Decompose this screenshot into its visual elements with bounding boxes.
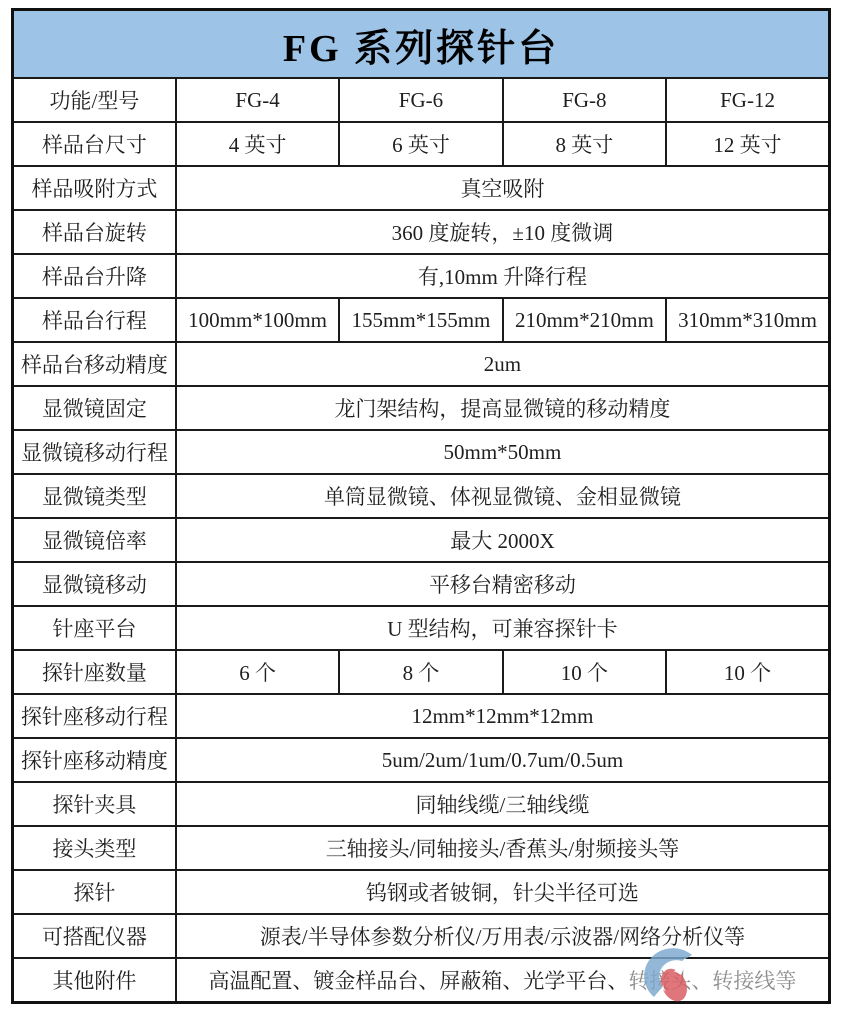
row-value: 有,10mm 升降行程 [176, 254, 830, 298]
row-value-text: 高温配置、镀金样品台、屏蔽箱、光学平台、 [208, 969, 628, 993]
row-value: 5um/2um/1um/0.7um/0.5um [176, 738, 830, 782]
row-label: 接头类型 [13, 826, 176, 870]
table-row: 其他附件高温配置、镀金样品台、屏蔽箱、光学平台、转接头、转接线等 [13, 958, 830, 1002]
row-value: 源表/半导体参数分析仪/万用表/示波器/网络分析仪等 [176, 914, 830, 958]
table-row: 显微镜移动平移台精密移动 [13, 562, 830, 606]
table-row: 样品台移动精度2um [13, 342, 830, 386]
row-value: 210mm*210mm [503, 298, 666, 342]
row-value: 6 英寸 [339, 122, 502, 166]
table-row: 探针座移动行程12mm*12mm*12mm [13, 694, 830, 738]
row-label: 样品台尺寸 [13, 122, 176, 166]
table-row: 针座平台U 型结构，可兼容探针卡 [13, 606, 830, 650]
table-row: 可搭配仪器源表/半导体参数分析仪/万用表/示波器/网络分析仪等 [13, 914, 830, 958]
row-label: 针座平台 [13, 606, 176, 650]
table-row: 样品吸附方式真空吸附 [13, 166, 830, 210]
spec-sheet-page: FG 系列探针台 功能/型号FG-4FG-6FG-8FG-12样品台尺寸4 英寸… [0, 0, 842, 1009]
row-label: 探针座移动精度 [13, 738, 176, 782]
table-row: 探针座移动精度5um/2um/1um/0.7um/0.5um [13, 738, 830, 782]
row-value: 4 英寸 [176, 122, 339, 166]
table-row: 样品台行程100mm*100mm155mm*155mm210mm*210mm31… [13, 298, 830, 342]
row-value: FG-4 [176, 78, 339, 122]
row-value: 最大 2000X [176, 518, 830, 562]
row-value: 360 度旋转，±10 度微调 [176, 210, 830, 254]
row-label: 样品台升降 [13, 254, 176, 298]
row-value: 三轴接头/同轴接头/香蕉头/射频接头等 [176, 826, 830, 870]
row-value: 同轴线缆/三轴线缆 [176, 782, 830, 826]
table-row: 样品台旋转360 度旋转，±10 度微调 [13, 210, 830, 254]
row-value: 100mm*100mm [176, 298, 339, 342]
row-value: 310mm*310mm [666, 298, 829, 342]
table-row: 显微镜固定龙门架结构，提高显微镜的移动精度 [13, 386, 830, 430]
row-value: 真空吸附 [176, 166, 830, 210]
row-value-text-faded: 转接头、转接线等 [628, 969, 796, 993]
table-row: 探针钨钢或者铍铜，针尖半径可选 [13, 870, 830, 914]
title-row: FG 系列探针台 [13, 10, 830, 79]
row-value: 12mm*12mm*12mm [176, 694, 830, 738]
row-value: 155mm*155mm [339, 298, 502, 342]
table-row: 显微镜移动行程50mm*50mm [13, 430, 830, 474]
row-label: 可搭配仪器 [13, 914, 176, 958]
table-row: 显微镜类型单筒显微镜、体视显微镜、金相显微镜 [13, 474, 830, 518]
row-label: 探针座数量 [13, 650, 176, 694]
row-label: 显微镜倍率 [13, 518, 176, 562]
row-label: 功能/型号 [13, 78, 176, 122]
row-value: 2um [176, 342, 830, 386]
table-row: 显微镜倍率最大 2000X [13, 518, 830, 562]
row-value: 8 个 [339, 650, 502, 694]
page-title: FG 系列探针台 [13, 10, 830, 79]
row-value: 50mm*50mm [176, 430, 830, 474]
row-label: 样品台旋转 [13, 210, 176, 254]
table-row: 探针座数量6 个8 个10 个10 个 [13, 650, 830, 694]
table-row: 探针夹具同轴线缆/三轴线缆 [13, 782, 830, 826]
row-value: 平移台精密移动 [176, 562, 830, 606]
row-label: 显微镜移动行程 [13, 430, 176, 474]
row-label: 样品台行程 [13, 298, 176, 342]
row-value: FG-6 [339, 78, 502, 122]
row-value: 钨钢或者铍铜，针尖半径可选 [176, 870, 830, 914]
row-label: 显微镜移动 [13, 562, 176, 606]
row-label: 显微镜固定 [13, 386, 176, 430]
row-value: 高温配置、镀金样品台、屏蔽箱、光学平台、转接头、转接线等 [176, 958, 830, 1002]
row-value: 10 个 [503, 650, 666, 694]
table-row: 样品台尺寸4 英寸6 英寸8 英寸12 英寸 [13, 122, 830, 166]
row-label: 其他附件 [13, 958, 176, 1002]
table-row: 接头类型三轴接头/同轴接头/香蕉头/射频接头等 [13, 826, 830, 870]
row-label: 探针座移动行程 [13, 694, 176, 738]
row-value: U 型结构，可兼容探针卡 [176, 606, 830, 650]
row-value: 6 个 [176, 650, 339, 694]
row-label: 样品台移动精度 [13, 342, 176, 386]
row-value: 12 英寸 [666, 122, 829, 166]
row-value: FG-12 [666, 78, 829, 122]
table-row: 功能/型号FG-4FG-6FG-8FG-12 [13, 78, 830, 122]
row-label: 显微镜类型 [13, 474, 176, 518]
row-value: 10 个 [666, 650, 829, 694]
row-value: FG-8 [503, 78, 666, 122]
row-value: 8 英寸 [503, 122, 666, 166]
row-label: 探针 [13, 870, 176, 914]
row-label: 探针夹具 [13, 782, 176, 826]
row-label: 样品吸附方式 [13, 166, 176, 210]
spec-table: FG 系列探针台 功能/型号FG-4FG-6FG-8FG-12样品台尺寸4 英寸… [11, 8, 831, 1004]
row-value: 龙门架结构，提高显微镜的移动精度 [176, 386, 830, 430]
row-value: 单筒显微镜、体视显微镜、金相显微镜 [176, 474, 830, 518]
table-row: 样品台升降有,10mm 升降行程 [13, 254, 830, 298]
spec-table-body: 功能/型号FG-4FG-6FG-8FG-12样品台尺寸4 英寸6 英寸8 英寸1… [13, 78, 830, 1002]
